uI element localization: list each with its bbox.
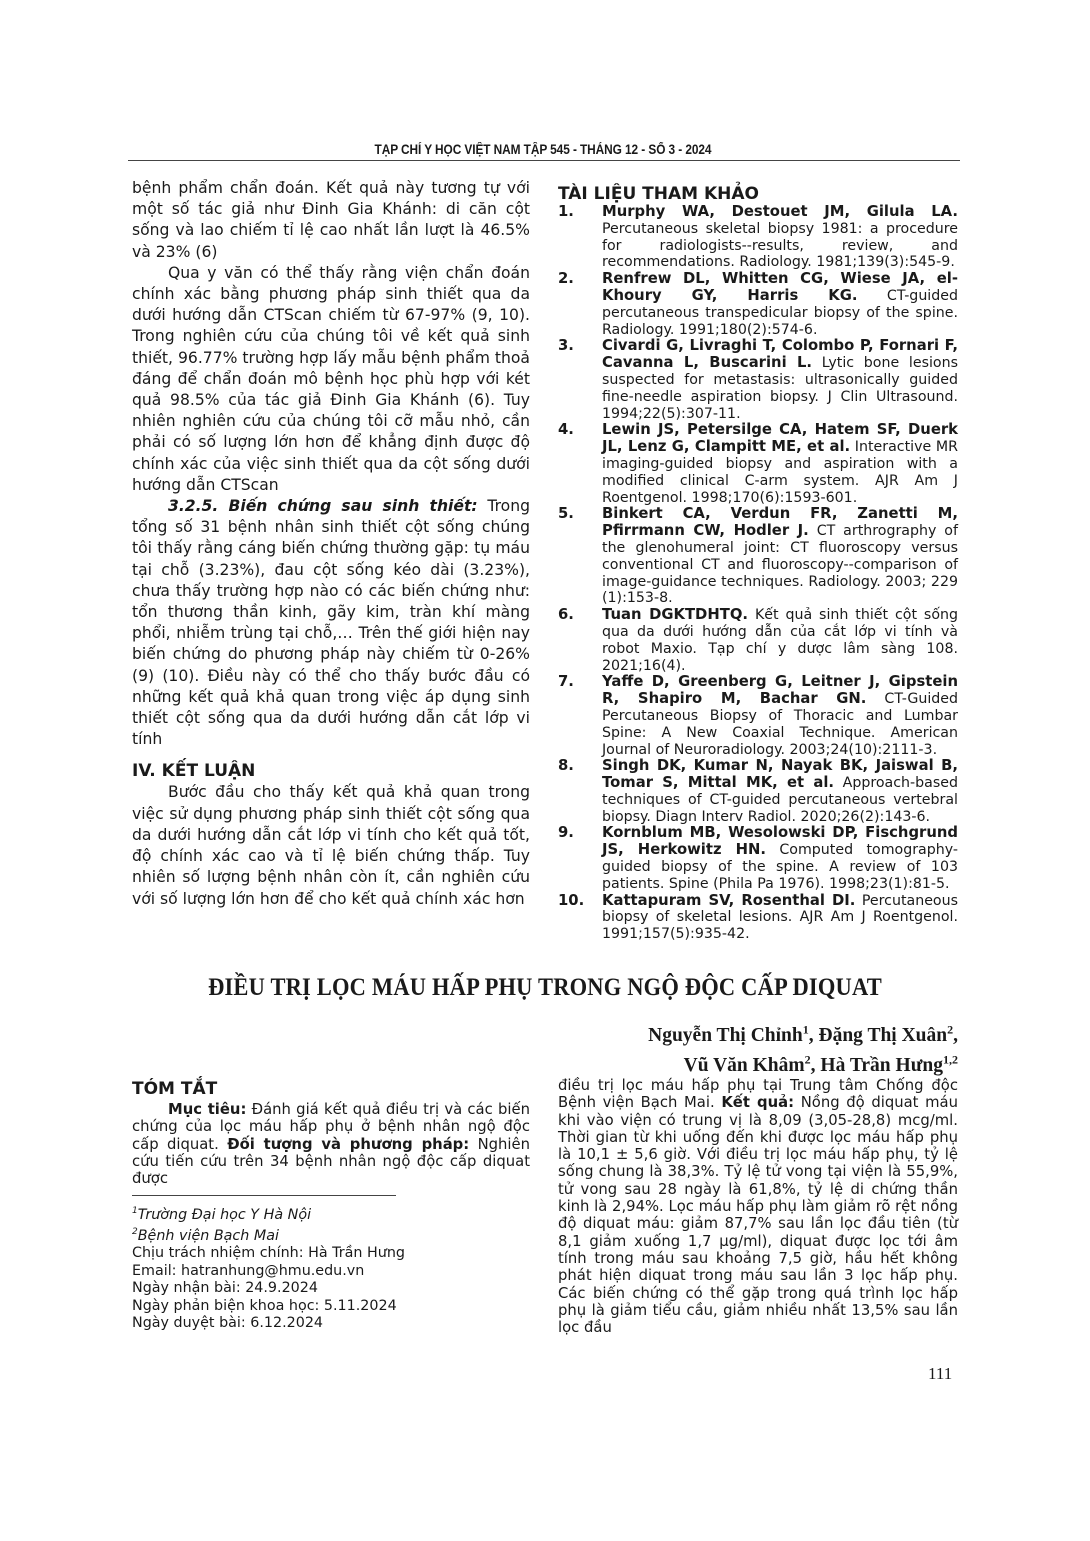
references-section: TÀI LIỆU THAM KHẢO 1.Murphy WA, Destouet… — [558, 184, 958, 943]
references-heading: TÀI LIỆU THAM KHẢO — [558, 184, 958, 204]
author: Đặng Thị Xuân2, — [819, 1025, 959, 1046]
reference-authors: Tuan DGKTDHTQ. — [602, 606, 748, 623]
reference-item: 8.Singh DK, Kumar N, Nayak BK, Jaiswal B… — [558, 758, 958, 825]
author-separator: , — [953, 1025, 958, 1046]
abstract-right-column: điều trị lọc máu hấp phụ tại Trung tâm C… — [558, 1077, 958, 1336]
conclusion-paragraph: Bước đầu cho thấy kết quả khả quan trong… — [132, 782, 530, 909]
reference-body: Kattapuram SV, Rosenthal DI. Percutaneou… — [602, 893, 958, 943]
reference-body: Murphy WA, Destouet JM, Gilula LA. Percu… — [602, 204, 958, 271]
author: Hà Trần Hưng1,2 — [820, 1055, 958, 1076]
subsection-paragraph: 3.2.5. Biến chứng sau sinh thiết: Trong … — [132, 496, 530, 750]
reference-authors: Murphy WA, Destouet JM, Gilula LA. — [602, 203, 958, 220]
reference-body: Lewin JS, Petersilge CA, Hatem SF, Duerk… — [602, 422, 958, 506]
reference-item: 3.Civardi G, Livraghi T, Colombo P, Forn… — [558, 338, 958, 422]
abstract-heading: TÓM TẮT — [132, 1077, 530, 1101]
reference-number: 5. — [558, 506, 602, 607]
methods-label: Đối tượng và phương pháp: — [227, 1136, 469, 1153]
author: Vũ Văn Khâm2, — [684, 1055, 821, 1076]
reference-item: 6.Tuan DGKTDHTQ. Kết quả sinh thiết cột … — [558, 607, 958, 674]
article-title: ĐIỀU TRỊ LỌC MÁU HẤP PHỤ TRONG NGỘ ĐỘC C… — [172, 974, 919, 1002]
reference-body: Civardi G, Livraghi T, Colombo P, Fornar… — [602, 338, 958, 422]
reference-body: Tuan DGKTDHTQ. Kết quả sinh thiết cột số… — [602, 607, 958, 674]
received-date: Ngày nhận bài: 24.9.2024 — [132, 1280, 405, 1297]
reference-number: 3. — [558, 338, 602, 422]
reference-item: 5.Binkert CA, Verdun FR, Zanetti M, Pfir… — [558, 506, 958, 607]
reference-body: Binkert CA, Verdun FR, Zanetti M, Pfirrm… — [602, 506, 958, 607]
reference-list: 1.Murphy WA, Destouet JM, Gilula LA. Per… — [558, 204, 958, 943]
reference-item: 2.Renfrew DL, Whitten CG, Wiese JA, el-K… — [558, 271, 958, 338]
body-paragraph: bệnh phẩm chẩn đoán. Kết quả này tương t… — [132, 178, 530, 263]
abstract-paragraph: Mục tiêu: Đánh giá kết quả điều trị và c… — [132, 1101, 530, 1187]
reference-number: 6. — [558, 607, 602, 674]
reference-number: 4. — [558, 422, 602, 506]
conclusion-heading: IV. KẾT LUẬN — [132, 760, 530, 782]
page-number: 111 — [928, 1364, 952, 1384]
author-line: Vũ Văn Khâm2, Hà Trần Hưng1,2 — [648, 1048, 958, 1079]
journal-page: TẠP CHÍ Y HỌC VIỆT NAM TẬP 545 - THÁNG 1… — [0, 0, 1090, 1541]
author-affiliation-marker: 1,2 — [943, 1053, 958, 1067]
affiliation-2: 2Bệnh viện Bạch Mai — [132, 1224, 405, 1245]
footnotes: 1Trường Đại học Y Hà Nội 2Bệnh viện Bạch… — [132, 1203, 405, 1332]
reference-item: 9.Kornblum MB, Wesolowski DP, Fischgrund… — [558, 825, 958, 892]
email: Email: hatranhung@hmu.edu.vn — [132, 1263, 405, 1280]
reference-number: 7. — [558, 674, 602, 758]
reference-number: 9. — [558, 825, 602, 892]
reference-body: Yaffe D, Greenberg G, Leitner J, Gipstei… — [602, 674, 958, 758]
affiliation-1: 1Trường Đại học Y Hà Nội — [132, 1203, 405, 1224]
reference-item: 10.Kattapuram SV, Rosenthal DI. Percutan… — [558, 893, 958, 943]
reference-number: 8. — [558, 758, 602, 825]
objective-label: Mục tiêu: — [168, 1101, 246, 1118]
results-label: Kết quả: — [721, 1094, 794, 1111]
reference-item: 4.Lewin JS, Petersilge CA, Hatem SF, Due… — [558, 422, 958, 506]
reference-number: 1. — [558, 204, 602, 271]
subsection-text: Trong tổng số 31 bệnh nhân sinh thiết cộ… — [132, 497, 530, 748]
author-name: Nguyễn Thị Chỉnh — [648, 1025, 803, 1046]
affiliation-text: Trường Đại học Y Hà Nội — [138, 1207, 311, 1223]
reference-authors: Kattapuram SV, Rosenthal DI. — [602, 892, 855, 909]
running-head: TẠP CHÍ Y HỌC VIỆT NAM TẬP 545 - THÁNG 1… — [178, 142, 908, 157]
body-paragraph: Qua y văn có thể thấy rằng viện chẩn đoá… — [132, 263, 530, 496]
abstract-left-column: TÓM TẮT Mục tiêu: Đánh giá kết quả điều … — [132, 1077, 530, 1187]
reference-number: 2. — [558, 271, 602, 338]
reference-number: 10. — [558, 893, 602, 943]
accepted-date: Ngày duyệt bài: 6.12.2024 — [132, 1315, 405, 1332]
author-name: Đặng Thị Xuân — [819, 1025, 948, 1046]
author-line: Nguyễn Thị Chỉnh1, Đặng Thị Xuân2, — [648, 1017, 958, 1048]
subsection-heading: 3.2.5. Biến chứng sau sinh thiết: — [168, 497, 478, 515]
author-name: Hà Trần Hưng — [820, 1055, 943, 1076]
reference-text: Percutaneous skeletal biopsy 1981: a pro… — [602, 221, 958, 271]
corresponding-author: Chịu trách nhiệm chính: Hà Trần Hưng — [132, 1245, 405, 1262]
reference-body: Renfrew DL, Whitten CG, Wiese JA, el-Kho… — [602, 271, 958, 338]
reference-body: Kornblum MB, Wesolowski DP, Fischgrund J… — [602, 825, 958, 892]
author-separator: , — [809, 1025, 819, 1046]
footnote-divider — [132, 1195, 396, 1196]
abstract-paragraph: điều trị lọc máu hấp phụ tại Trung tâm C… — [558, 1077, 958, 1336]
reference-body: Singh DK, Kumar N, Nayak BK, Jaiswal B, … — [602, 758, 958, 825]
author-list: Nguyễn Thị Chỉnh1, Đặng Thị Xuân2, Vũ Vă… — [648, 1017, 958, 1078]
author-name: Vũ Văn Khâm — [684, 1055, 805, 1076]
author-separator: , — [811, 1055, 821, 1076]
author: Nguyễn Thị Chỉnh1, — [648, 1025, 818, 1046]
reference-item: 7.Yaffe D, Greenberg G, Leitner J, Gipst… — [558, 674, 958, 758]
reference-item: 1.Murphy WA, Destouet JM, Gilula LA. Per… — [558, 204, 958, 271]
previous-article-left-column: bệnh phẩm chẩn đoán. Kết quả này tương t… — [132, 178, 530, 910]
affiliation-text: Bệnh viện Bạch Mai — [138, 1228, 279, 1244]
results-text: Nồng độ diquat máu khi vào viện có trung… — [558, 1094, 958, 1336]
review-date: Ngày phản biện khoa học: 5.11.2024 — [132, 1298, 405, 1315]
header-divider — [128, 160, 960, 161]
